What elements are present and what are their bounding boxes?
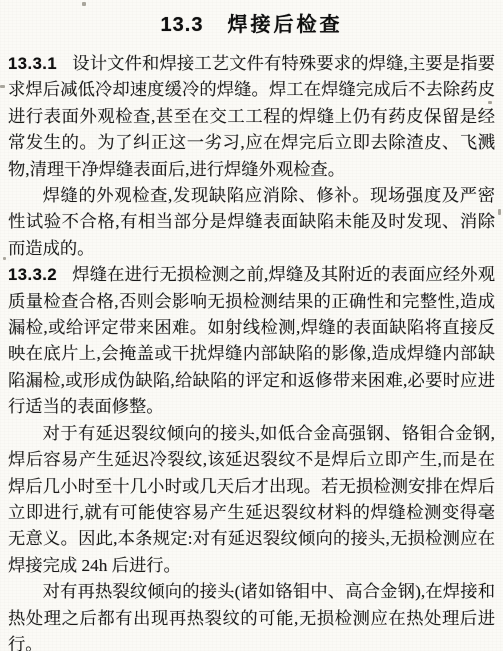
paragraph-text: 焊缝在进行无损检测之前,焊缝及其附近的表面应经外观质量检查合格,否则会影响无损检… xyxy=(8,265,495,416)
body-paragraph: 对于有延迟裂纹倾向的接头,如低合金高强钢、铬钼合金钢,焊后容易产生延迟冷裂纹,该… xyxy=(8,421,495,579)
scan-speck xyxy=(82,2,86,6)
clause-number: 13.3.1 xyxy=(8,54,57,73)
document-body: 13.3.1设计文件和焊接工艺文件有特殊要求的焊缝,主要是指要求焊后减低冷却速度… xyxy=(8,51,495,651)
clause-paragraph: 13.3.1设计文件和焊接工艺文件有特殊要求的焊缝,主要是指要求焊后减低冷却速度… xyxy=(8,51,495,183)
clause-number: 13.3.2 xyxy=(8,265,57,284)
paragraph-text: 设计文件和焊接工艺文件有特殊要求的焊缝,主要是指要求焊后减低冷却速度缓冷的焊缝。… xyxy=(8,54,495,179)
paragraph-text: 对于有延迟裂纹倾向的接头,如低合金高强钢、铬钼合金钢,焊后容易产生延迟冷裂纹,该… xyxy=(8,424,495,575)
paragraph-text: 对有再热裂纹倾向的接头(诸如铬钼中、高合金钢),在焊接和热处理之后都有出现再热裂… xyxy=(8,582,495,651)
document-page: 13.3焊接后检查 13.3.1设计文件和焊接工艺文件有特殊要求的焊缝,主要是指… xyxy=(0,0,503,651)
scan-speck xyxy=(0,85,5,88)
clause-paragraph: 13.3.2焊缝在进行无损检测之前,焊缝及其附近的表面应经外观质量检查合格,否则… xyxy=(8,262,495,420)
section-title-text: 焊接后检查 xyxy=(227,14,342,36)
scan-speck xyxy=(498,209,501,215)
scan-speck xyxy=(3,257,6,260)
body-paragraph: 焊缝的外观检查,发现缺陷应消除、修补。现场强度及严密性试验不合格,有相当部分是焊… xyxy=(8,183,495,262)
paragraph-text: 焊缝的外观检查,发现缺陷应消除、修补。现场强度及严密性试验不合格,有相当部分是焊… xyxy=(8,186,495,258)
body-paragraph: 对有再热裂纹倾向的接头(诸如铬钼中、高合金钢),在焊接和热处理之后都有出现再热裂… xyxy=(8,579,495,651)
section-title: 13.3焊接后检查 xyxy=(8,12,495,38)
section-title-number: 13.3 xyxy=(161,14,204,36)
